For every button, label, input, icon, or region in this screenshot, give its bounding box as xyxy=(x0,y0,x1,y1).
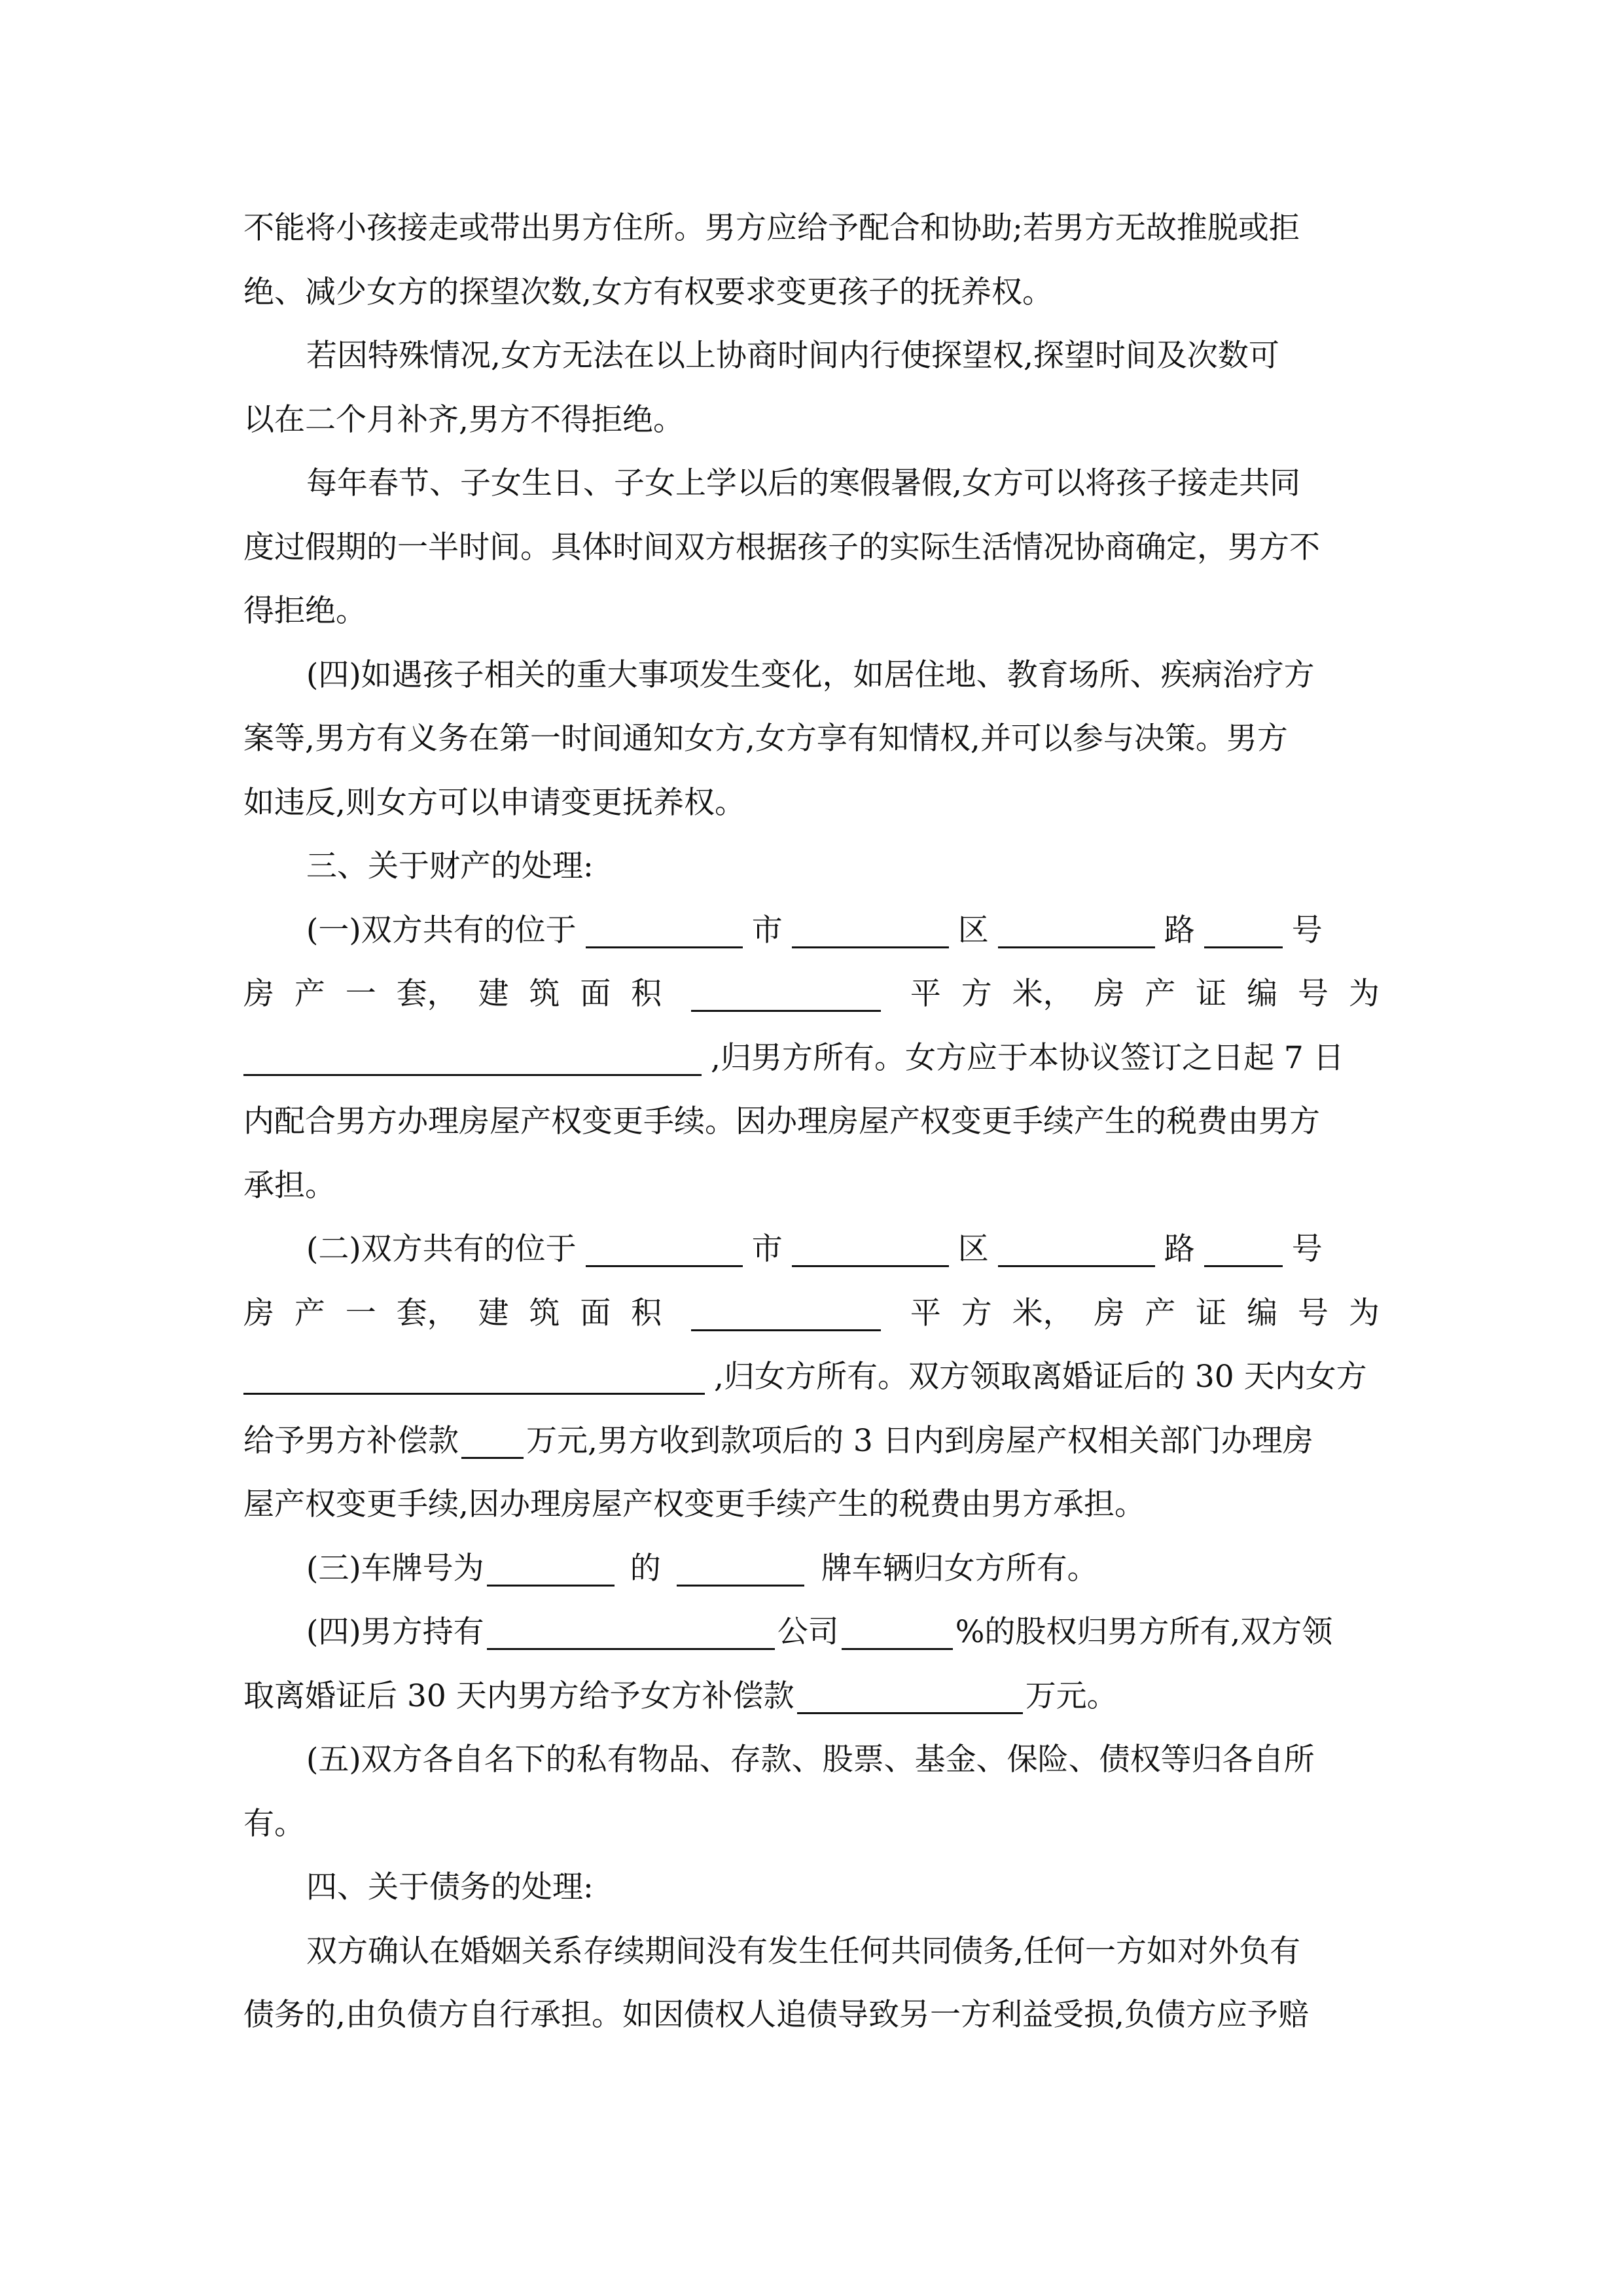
paragraph-text: (二)双方共有的位于 xyxy=(306,1217,577,1282)
text-char: 建 xyxy=(478,962,509,1026)
text-char: 产 xyxy=(1145,1282,1175,1346)
paragraph-text: 市 xyxy=(752,1217,783,1282)
text-line: 屋产权变更手续,因办理房屋产权变更手续产生的税费由男方承担。 xyxy=(243,1473,1380,1537)
paragraph-text: 万元,男方收到款项后的 3 日内到房屋产权相关部门办理房 xyxy=(526,1409,1313,1473)
house-number-blank-field[interactable] xyxy=(1204,1231,1283,1267)
paragraph-text: (一)双方共有的位于 xyxy=(306,899,577,963)
text-line: 以在二个月补齐,男方不得拒绝。 xyxy=(243,388,1380,452)
paragraph-text: 的 xyxy=(630,1537,661,1601)
text-char: 房 xyxy=(243,962,274,1026)
text-char: 一 xyxy=(346,962,376,1026)
paragraph-text: (三)车牌号为 xyxy=(306,1537,484,1601)
text-char: 产 xyxy=(1145,962,1175,1026)
property-cert-blank-field[interactable] xyxy=(243,1359,705,1395)
paragraph-text: ,归女方所有。双方领取离婚证后的 30 天内女方 xyxy=(714,1345,1367,1409)
text-char: 米， xyxy=(1012,1282,1074,1346)
district-blank-field[interactable] xyxy=(792,912,949,948)
text-line: 绝、减少女方的探望次数,女方有权要求变更孩子的抚养权。 xyxy=(243,260,1380,325)
text-char: 编 xyxy=(1247,962,1277,1026)
text-line: ,归男方所有。女方应于本协议签订之日起 7 日 xyxy=(243,1026,1380,1090)
text-char: 面 xyxy=(580,962,611,1026)
paragraph-text: 案等,男方有义务在第一时间通知女方,女方享有知情权,并可以参与决策。男方 xyxy=(243,707,1288,771)
paragraph-text: 以在二个月补齐,男方不得拒绝。 xyxy=(243,388,684,452)
text-char: 套， xyxy=(397,962,458,1026)
district-blank-field[interactable] xyxy=(792,1231,949,1267)
text-line: 内配合男方办理房屋产权变更手续。因办理房屋产权变更手续产生的税费由男方 xyxy=(243,1090,1380,1154)
text-line: 不能将小孩接走或带出男方住所。男方应给予配合和协助;若男方无故推脱或拒 xyxy=(243,196,1380,260)
text-line: 案等,男方有义务在第一时间通知女方,女方享有知情权,并可以参与决策。男方 xyxy=(243,707,1380,771)
text-line: (五)双方各自名下的私有物品、存款、股票、基金、保险、债权等归各自所 xyxy=(243,1728,1380,1792)
text-line: 如违反,则女方可以申请变更抚养权。 xyxy=(243,771,1380,835)
text-char: 证 xyxy=(1196,962,1226,1026)
section-title-debt: 四、关于债务的处理: xyxy=(306,1856,594,1920)
paragraph-text: 路 xyxy=(1164,899,1195,963)
city-blank-field[interactable] xyxy=(586,1231,743,1267)
text-char: 房 xyxy=(243,1282,274,1346)
text-char: 套， xyxy=(397,1282,458,1346)
text-char: 产 xyxy=(294,962,325,1026)
property-cert-blank-field[interactable] xyxy=(243,1040,702,1076)
area-blank-field[interactable] xyxy=(691,976,881,1012)
compensation-amount-blank-field[interactable] xyxy=(797,1678,1023,1714)
company-name-blank-field[interactable] xyxy=(487,1614,775,1650)
paragraph-text: 若因特殊情况,女方无法在以上协商时间内行使探望权,探望时间及次数可 xyxy=(306,324,1279,388)
paragraph-text: 区 xyxy=(958,899,989,963)
vehicle-brand-blank-field[interactable] xyxy=(677,1551,804,1587)
text-char: 号 xyxy=(1298,962,1329,1026)
paragraph-text: (四)男方持有 xyxy=(306,1600,484,1664)
text-line: ,归女方所有。双方领取离婚证后的 30 天内女方 xyxy=(243,1345,1380,1409)
paragraph-text: 屋产权变更手续,因办理房屋产权变更手续产生的税费由男方承担。 xyxy=(243,1473,1145,1537)
text-char: 房 xyxy=(1094,962,1125,1026)
paragraph-text: 万元。 xyxy=(1026,1664,1118,1729)
text-line: (二)双方共有的位于 市 区 路 号 xyxy=(243,1217,1380,1282)
text-line: (一)双方共有的位于 市 区 路 号 xyxy=(243,899,1380,963)
text-char: 一 xyxy=(346,1282,376,1346)
section-title-property: 三、关于财产的处理: xyxy=(306,834,594,899)
text-line: (四)男方持有 公司 %的股权归男方所有,双方领 xyxy=(243,1600,1380,1664)
paragraph-text: 债务的,由负债方自行承担。如因债权人追债导致另一方利益受损,负债方应予赔 xyxy=(243,1983,1309,2047)
text-line: 房 产 一 套， 建 筑 面 积 平 方 米， 房 产 证 编 号 为 xyxy=(243,1282,1380,1346)
text-line: 每年春节、子女生日、子女上学以后的寒假暑假,女方可以将孩子接走共同 xyxy=(243,452,1380,516)
paragraph-text: 区 xyxy=(958,1217,989,1282)
text-line: (三)车牌号为 的 牌车辆归女方所有。 xyxy=(243,1537,1380,1601)
text-char: 积 xyxy=(631,962,662,1026)
paragraph-text: 内配合男方办理房屋产权变更手续。因办理房屋产权变更手续产生的税费由男方 xyxy=(243,1090,1320,1154)
area-blank-field[interactable] xyxy=(691,1295,881,1331)
text-line: 债务的,由负债方自行承担。如因债权人追债导致另一方利益受损,负债方应予赔 xyxy=(243,1983,1380,2047)
paragraph-text: 牌车辆归女方所有。 xyxy=(821,1537,1098,1601)
text-char: 筑 xyxy=(529,1282,560,1346)
text-line: (四)如遇孩子相关的重大事项发生变化，如居住地、教育场所、疾病治疗方 xyxy=(243,643,1380,708)
text-line: 度过假期的一半时间。具体时间双方根据孩子的实际生活情况协商确定，男方不 xyxy=(243,516,1380,580)
paragraph-text: 给予男方补偿款 xyxy=(243,1409,459,1473)
text-char: 平 xyxy=(910,1282,941,1346)
paragraph-text: 度过假期的一半时间。具体时间双方根据孩子的实际生活情况协商确定，男方不 xyxy=(243,516,1320,580)
paragraph-text: ,归男方所有。女方应于本协议签订之日起 7 日 xyxy=(711,1026,1344,1090)
compensation-amount-blank-field[interactable] xyxy=(461,1423,524,1459)
paragraph-text: 市 xyxy=(752,899,783,963)
text-char: 方 xyxy=(961,962,992,1026)
text-char: 房 xyxy=(1094,1282,1125,1346)
text-char: 面 xyxy=(580,1282,611,1346)
text-line: 得拒绝。 xyxy=(243,579,1380,643)
text-char: 编 xyxy=(1247,1282,1277,1346)
text-line: 取离婚证后 30 天内男方给予女方补偿款 万元。 xyxy=(243,1664,1380,1729)
paragraph-text: 双方确认在婚姻关系存续期间没有发生任何共同债务,任何一方如对外负有 xyxy=(306,1920,1300,1984)
text-char: 建 xyxy=(478,1282,509,1346)
paragraph-text: 公司 xyxy=(777,1600,839,1664)
road-blank-field[interactable] xyxy=(998,912,1155,948)
paragraph-text: 路 xyxy=(1164,1217,1195,1282)
paragraph-text: (五)双方各自名下的私有物品、存款、股票、基金、保险、债权等归各自所 xyxy=(306,1728,1315,1792)
paragraph-text: 得拒绝。 xyxy=(243,579,366,643)
text-line: 若因特殊情况,女方无法在以上协商时间内行使探望权,探望时间及次数可 xyxy=(243,324,1380,388)
text-char: 产 xyxy=(294,1282,325,1346)
text-char: 积 xyxy=(631,1282,662,1346)
text-line: 双方确认在婚姻关系存续期间没有发生任何共同债务,任何一方如对外负有 xyxy=(243,1920,1380,1984)
section-heading: 四、关于债务的处理: xyxy=(243,1856,1380,1920)
text-line: 承担。 xyxy=(243,1154,1380,1218)
text-char: 为 xyxy=(1349,1282,1380,1346)
paragraph-text: 号 xyxy=(1292,899,1323,963)
text-char: 号 xyxy=(1298,1282,1329,1346)
road-blank-field[interactable] xyxy=(998,1231,1155,1267)
section-heading: 三、关于财产的处理: xyxy=(243,834,1380,899)
paragraph-text: 取离婚证后 30 天内男方给予女方补偿款 xyxy=(243,1664,794,1729)
paragraph-text: 承担。 xyxy=(243,1154,336,1218)
text-char: 米， xyxy=(1012,962,1074,1026)
city-blank-field[interactable] xyxy=(586,912,743,948)
text-line: 有。 xyxy=(243,1792,1380,1856)
text-char: 方 xyxy=(961,1282,992,1346)
paragraph-text: 绝、减少女方的探望次数,女方有权要求变更孩子的抚养权。 xyxy=(243,260,1053,325)
paragraph-text: 有。 xyxy=(243,1792,305,1856)
text-char: 筑 xyxy=(529,962,560,1026)
plate-number-blank-field[interactable] xyxy=(487,1551,615,1587)
paragraph-text: 不能将小孩接走或带出男方住所。男方应给予配合和协助;若男方无故推脱或拒 xyxy=(243,196,1300,260)
text-char: 证 xyxy=(1196,1282,1226,1346)
paragraph-text: 号 xyxy=(1292,1217,1323,1282)
house-number-blank-field[interactable] xyxy=(1204,912,1283,948)
text-char: 平 xyxy=(910,962,941,1026)
paragraph-text: 如违反,则女方可以申请变更抚养权。 xyxy=(243,771,745,835)
paragraph-text: %的股权归男方所有,双方领 xyxy=(955,1600,1333,1664)
text-line: 房 产 一 套， 建 筑 面 积 平 方 米， 房 产 证 编 号 为 xyxy=(243,962,1380,1026)
paragraph-text: (四)如遇孩子相关的重大事项发生变化，如居住地、教育场所、疾病治疗方 xyxy=(306,643,1315,708)
paragraph-text: 每年春节、子女生日、子女上学以后的寒假暑假,女方可以将孩子接走共同 xyxy=(306,452,1300,516)
text-line: 给予男方补偿款 万元,男方收到款项后的 3 日内到房屋产权相关部门办理房 xyxy=(243,1409,1380,1473)
document-page: 不能将小孩接走或带出男方住所。男方应给予配合和协助;若男方无故推脱或拒 绝、减少… xyxy=(243,196,1380,2047)
text-char: 为 xyxy=(1349,962,1380,1026)
equity-percent-blank-field[interactable] xyxy=(842,1614,953,1650)
